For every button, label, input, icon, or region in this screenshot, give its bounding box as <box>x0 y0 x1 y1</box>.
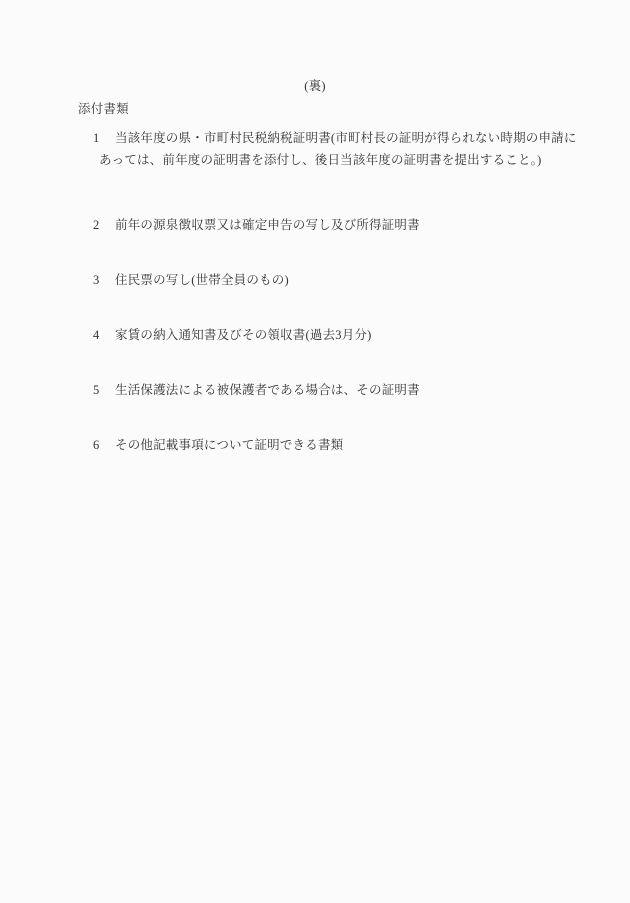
item-number: 3 <box>93 269 115 291</box>
attachment-item-1: 1 当該年度の県・市町村民税納税証明書(市町村長の証明が得られない時期の申請に … <box>93 127 577 171</box>
item-text: 住民票の写し(世帯全員のもの) <box>115 269 289 291</box>
item-number: 2 <box>93 214 115 236</box>
document-page: (裏) 添付書類 1 当該年度の県・市町村民税納税証明書(市町村長の証明が得られ… <box>0 0 630 903</box>
item-text-continuation: あっては、前年度の証明書を添付し、後日当該年度の証明書を提出すること。) <box>99 149 577 171</box>
item-number: 5 <box>93 379 115 401</box>
item-text: 家賃の納入通知書及びその領収書(過去3月分) <box>115 324 371 346</box>
item-text: その他記載事項について証明できる書類 <box>115 434 343 456</box>
attachment-item-4: 4 家賃の納入通知書及びその領収書(過去3月分) <box>93 324 371 346</box>
attachment-item-6: 6 その他記載事項について証明できる書類 <box>93 434 343 456</box>
attachment-item-3: 3 住民票の写し(世帯全員のもの) <box>93 269 289 291</box>
item-number: 6 <box>93 434 115 456</box>
attachment-item-5: 5 生活保護法による被保護者である場合は、その証明書 <box>93 379 420 401</box>
item-number: 1 <box>93 127 115 149</box>
item-number: 4 <box>93 324 115 346</box>
item-text: 生活保護法による被保護者である場合は、その証明書 <box>115 379 420 401</box>
attached-documents-heading: 添付書類 <box>78 98 129 120</box>
attachment-item-2: 2 前年の源泉徴収票又は確定申告の写し及び所得証明書 <box>93 214 420 236</box>
item-text: 当該年度の県・市町村民税納税証明書(市町村長の証明が得られない時期の申請に <box>115 127 577 149</box>
page-side-label: (裏) <box>0 75 630 97</box>
item-text: 前年の源泉徴収票又は確定申告の写し及び所得証明書 <box>115 214 420 236</box>
